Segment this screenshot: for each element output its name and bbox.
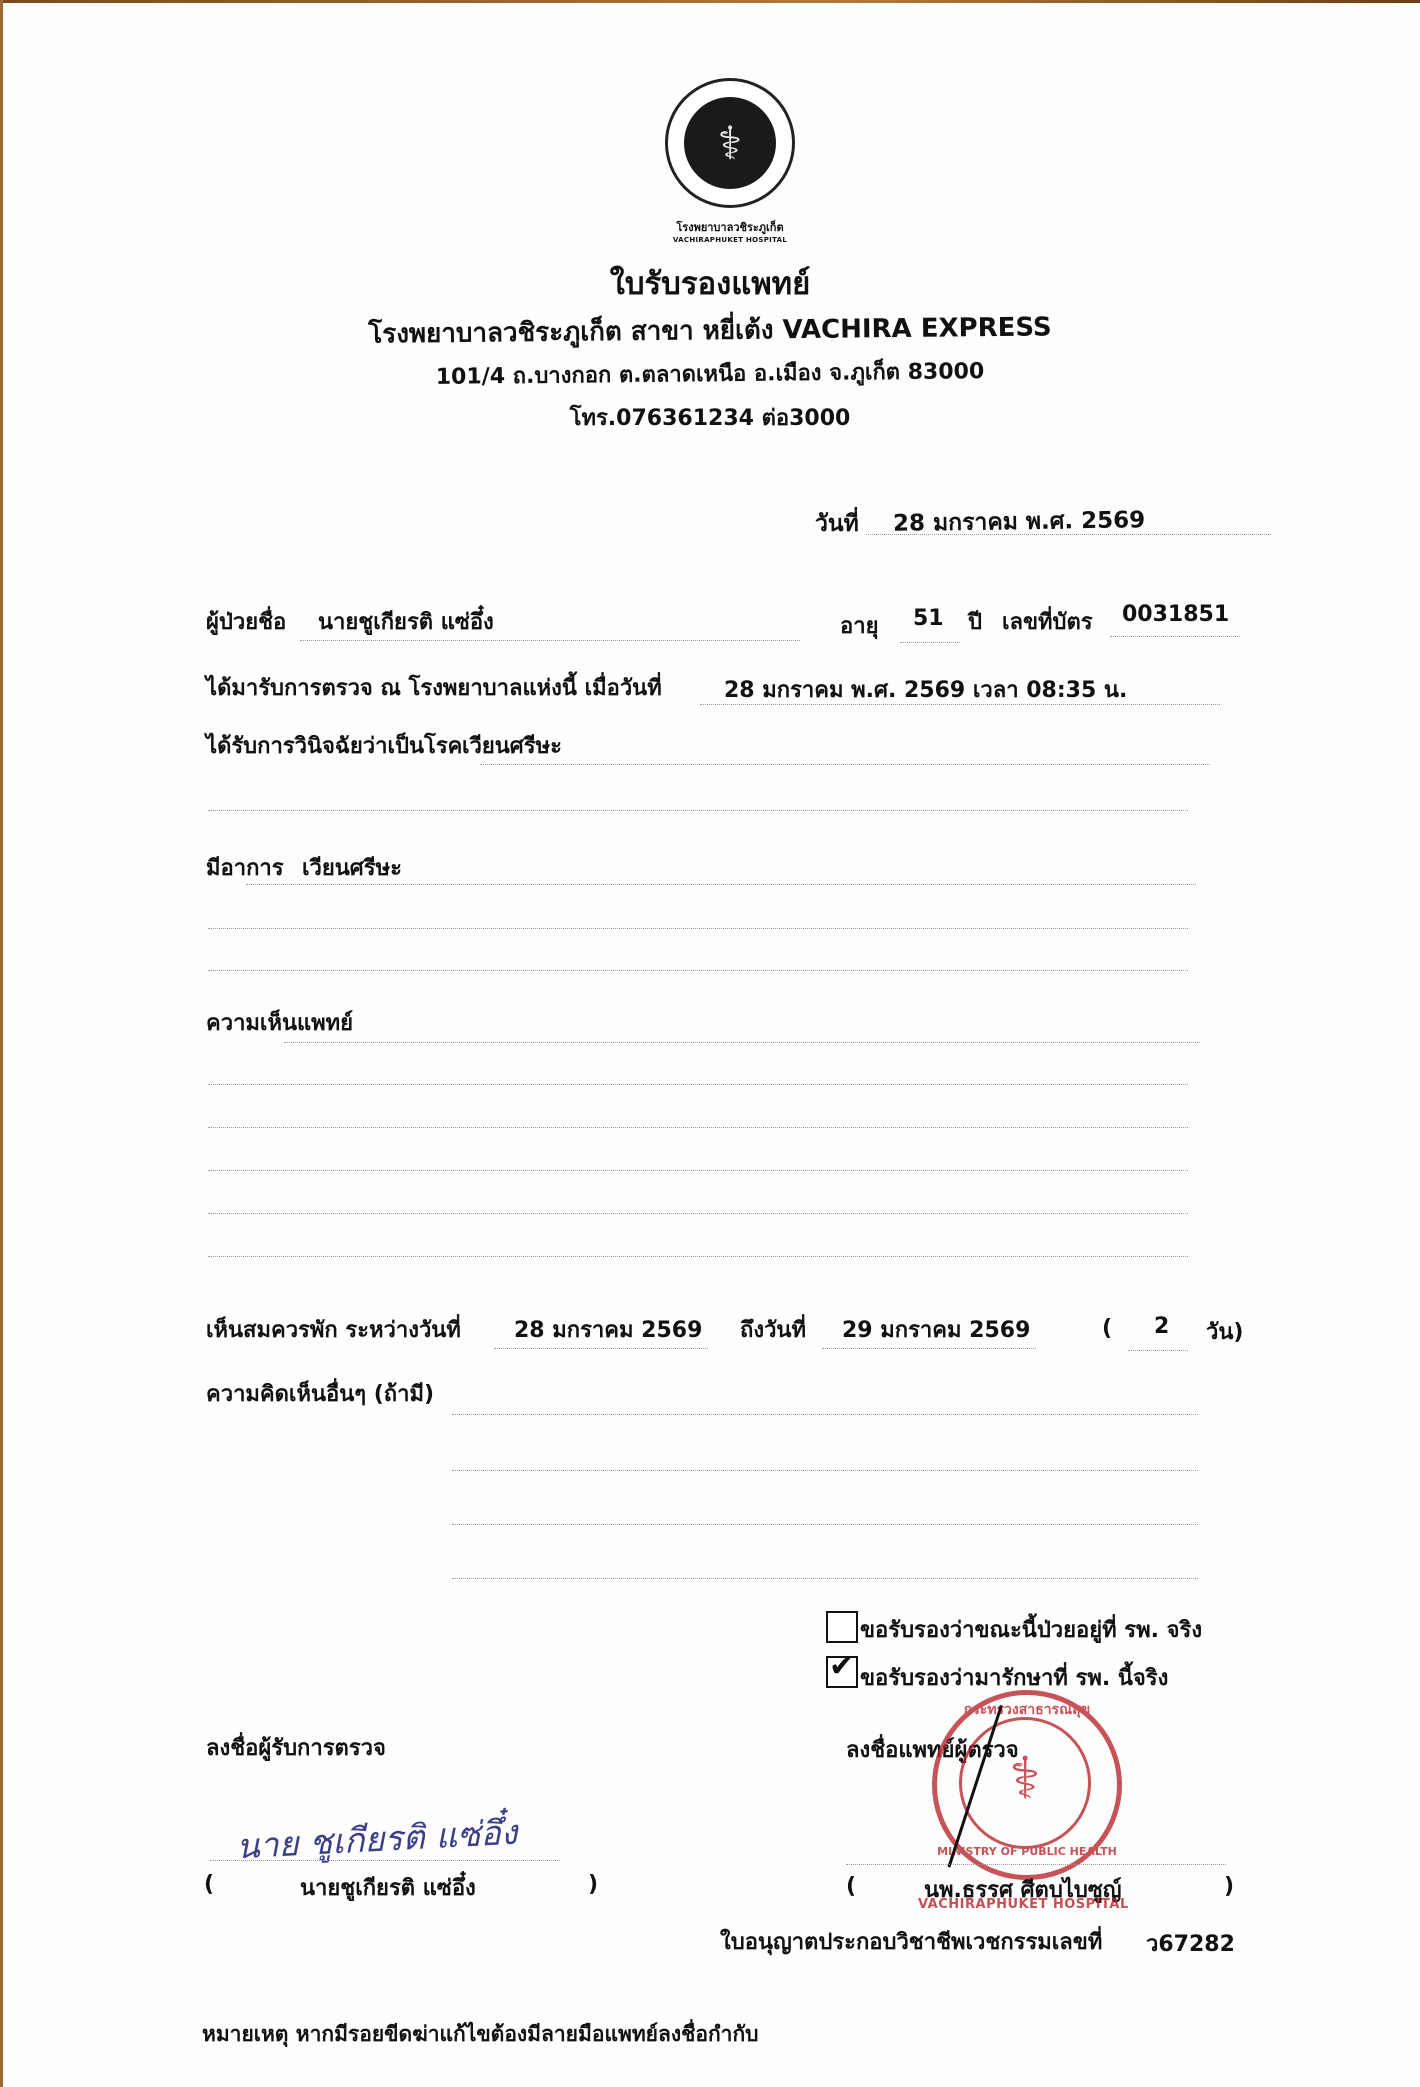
doctor-opinion-line-6 (208, 1256, 1188, 1257)
patient-signature-line (210, 1860, 560, 1861)
patient-signature-label: ลงชื่อผู้รับการตรวจ (206, 1730, 386, 1765)
doctor-opinion-line-1 (284, 1042, 1200, 1043)
patient-name-value: นายชูเกียรติ แซ่อึ๋ง (318, 604, 494, 639)
hospital-logo: ⚕ โรงพยาบาลวชิระภูเก็ต VACHIRAPHUKET HOS… (660, 78, 800, 244)
other-comments-line-3 (452, 1524, 1198, 1525)
footnote: หมายเหตุ หากมีรอยขีดฆ่าแก้ไขต้องมีลายมือ… (202, 2018, 759, 2051)
rest-to-line (822, 1348, 1036, 1349)
logo-name-thai: โรงพยาบาลวชิระภูเก็ต (660, 218, 800, 236)
rest-days-line (1128, 1350, 1188, 1351)
certify-sick-label: ขอรับรองว่าขณะนี้ป่วยอยู่ที่ รพ. จริง (860, 1612, 1202, 1647)
patient-name-line (300, 640, 800, 641)
symptoms-line-3 (208, 970, 1188, 971)
age-unit: ปี (968, 604, 982, 639)
symptoms-line-2 (208, 928, 1188, 929)
logo-name-english: VACHIRAPHUKET HOSPITAL (660, 236, 800, 244)
ministry-seal: ⚕ (665, 78, 795, 208)
examination-label: ได้มารับการตรวจ ณ โรงพยาบาลแห่งนี้ เมื่อ… (206, 670, 662, 705)
symptoms-line-1 (246, 884, 1196, 885)
other-comments-line-2 (452, 1470, 1198, 1471)
stamp-bottom-text: MINISTRY OF PUBLIC HEALTH (937, 1845, 1117, 1858)
license-value: ว67282 (1146, 1926, 1235, 1961)
patient-name-label: ผู้ป่วยชื่อ (206, 604, 286, 639)
diagnosis-line-2 (208, 810, 1188, 811)
document-title: ใบรับรองแพทย์ (0, 258, 1420, 308)
rest-days-unit: วัน) (1206, 1314, 1243, 1349)
doctor-opinion-line-4 (208, 1170, 1188, 1171)
examination-value: 28 มกราคม พ.ศ. 2569 เวลา 08:35 น. (724, 672, 1127, 707)
rest-from-value: 28 มกราคม 2569 (514, 1312, 702, 1347)
symptoms-value: เวียนศรีษะ (302, 850, 402, 885)
age-value: 51 (913, 606, 944, 631)
card-number-value: 0031851 (1122, 602, 1229, 627)
age-line (900, 642, 960, 643)
license-label: ใบอนุญาตประกอบวิชาชีพเวชกรรมเลขที่ (720, 1924, 1102, 1959)
patient-printed-name: นายชูเกียรติ แซ่อึ๋ง (300, 1870, 476, 1905)
rest-to-value: 29 มกราคม 2569 (842, 1312, 1030, 1347)
doctor-opinion-line-3 (208, 1127, 1188, 1128)
rest-from-line (494, 1348, 708, 1349)
hospital-stamp: กระทรวงสาธารณสุข ⚕ MINISTRY OF PUBLIC HE… (932, 1690, 1122, 1880)
diagnosis-value: เวียนศรีษะ (462, 728, 562, 763)
certify-sick-checkbox[interactable] (826, 1611, 858, 1643)
rest-days-open-paren: ( (1102, 1316, 1112, 1341)
rest-period-label: เห็นสมควรพัก ระหว่างวันที่ (206, 1312, 461, 1347)
issue-date-line (866, 534, 1271, 535)
caduceus-seal-icon: ⚕ (684, 97, 776, 189)
checkmark-icon: ✔ (829, 1652, 854, 1682)
certify-treated-checkbox[interactable]: ✔ (826, 1656, 858, 1688)
other-comments-label: ความคิดเห็นอื่นๆ (ถ้ามี) (206, 1376, 434, 1411)
doctor-signature-line (846, 1864, 1226, 1865)
rest-days-value: 2 (1154, 1314, 1169, 1339)
patient-sign-close-paren: ) (588, 1872, 598, 1897)
stamp-hospital-text: VACHIRAPHUKET HOSPITAL (918, 1897, 1129, 1912)
doctor-opinion-line-5 (208, 1213, 1188, 1214)
paper-edge-left (0, 0, 3, 2087)
card-number-label: เลขที่บัตร (1002, 604, 1093, 639)
other-comments-line-4 (452, 1578, 1198, 1579)
diagnosis-label: ได้รับการวินิจฉัยว่าเป็นโรค (206, 728, 462, 763)
doctor-opinion-label: ความเห็นแพทย์ (206, 1005, 353, 1040)
examination-line (700, 704, 1220, 705)
age-label: อายุ (840, 608, 878, 643)
symptoms-label: มีอาการ (206, 850, 284, 885)
rest-to-label: ถึงวันที่ (740, 1312, 806, 1347)
stamp-inner-ring: ⚕ (959, 1717, 1091, 1849)
diagnosis-line-1 (480, 764, 1210, 765)
patient-sign-open-paren: ( (204, 1872, 214, 1897)
doctor-sign-open-paren: ( (846, 1874, 856, 1899)
card-number-line (1110, 636, 1240, 637)
doctor-sign-close-paren: ) (1224, 1874, 1234, 1899)
issue-date-value: 28 มกราคม พ.ศ. 2569 (893, 502, 1146, 542)
issue-date-label: วันที่ (815, 506, 859, 542)
paper-edge-top (0, 0, 1420, 3)
patient-handwritten-signature: นาย ชูเกียรติ แซ่อึ๋ง (235, 1805, 519, 1874)
hospital-phone: โทร.076361234 ต่อ3000 (0, 400, 1420, 435)
doctor-opinion-line-2 (208, 1084, 1188, 1085)
caduceus-icon: ⚕ (962, 1744, 1088, 1812)
other-comments-line-1 (452, 1414, 1198, 1415)
